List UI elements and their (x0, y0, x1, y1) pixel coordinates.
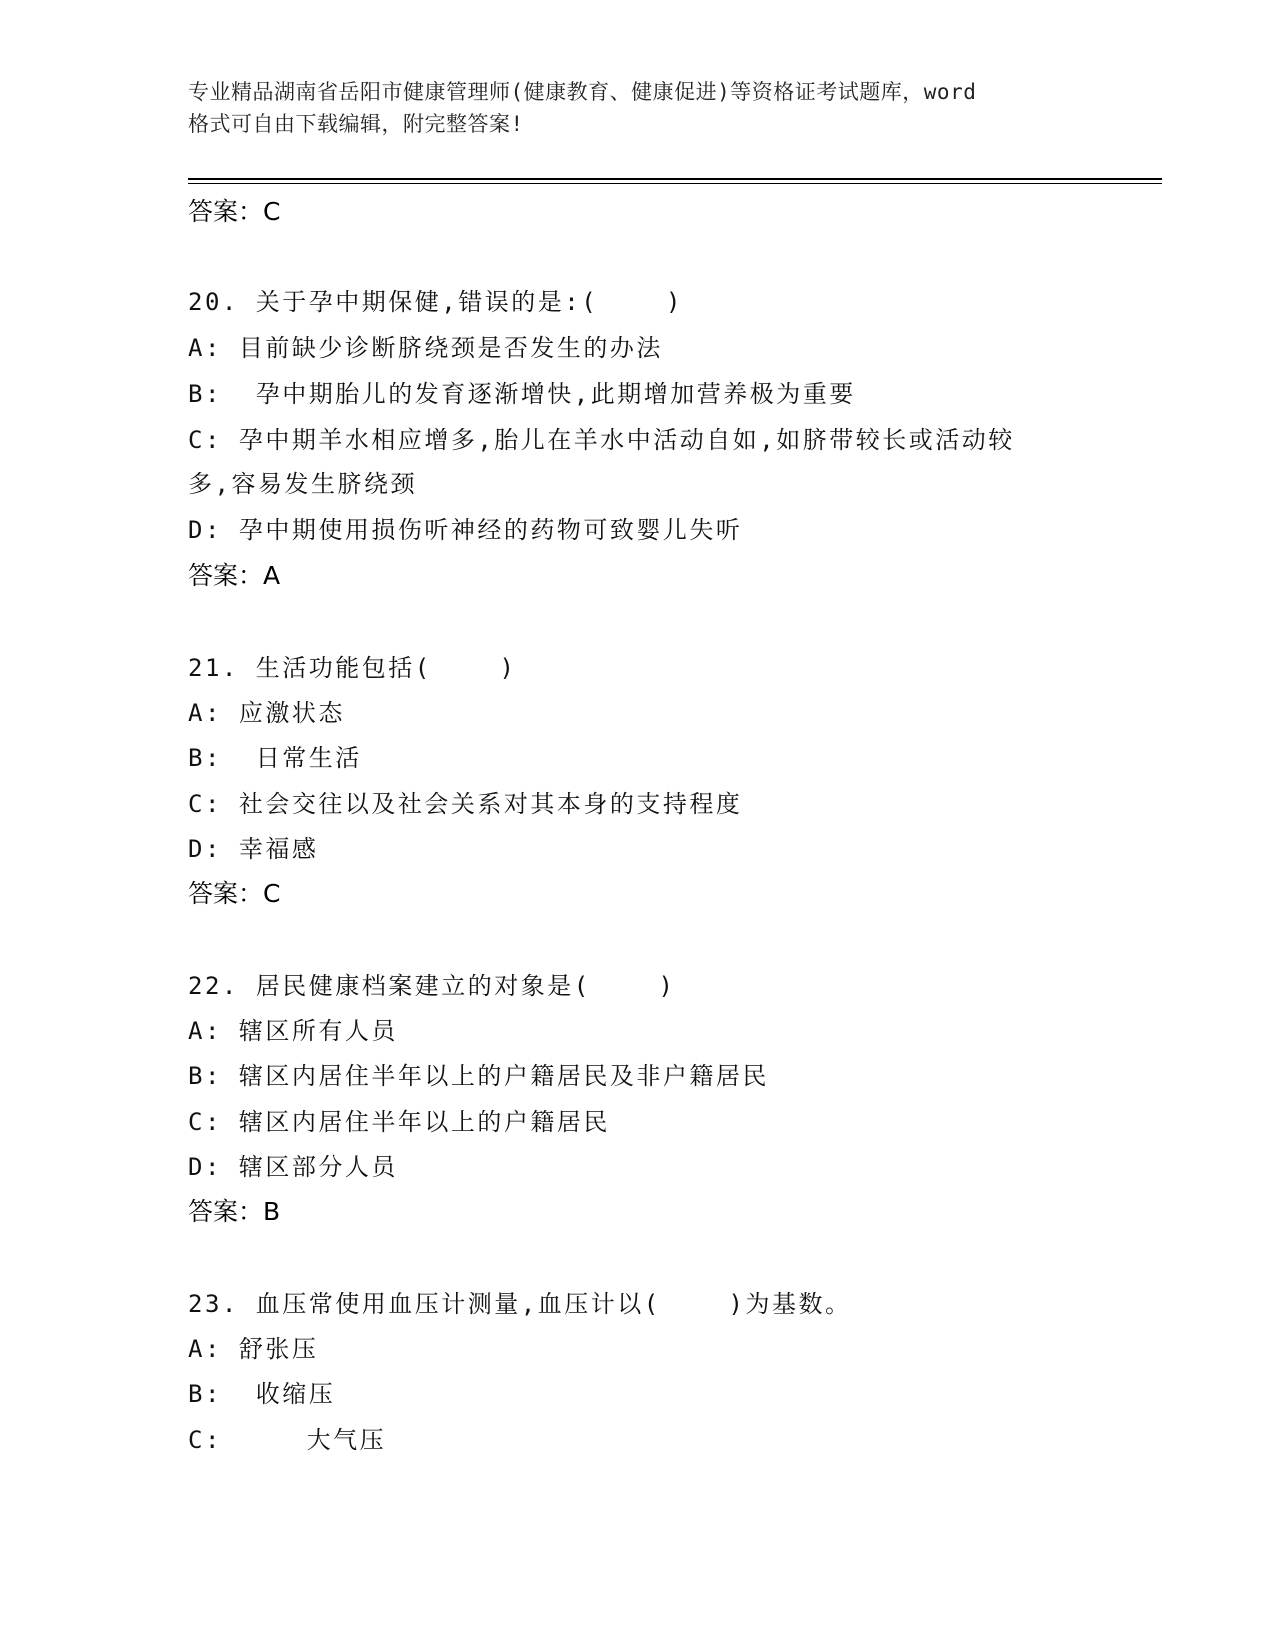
document-page: 专业精品湖南省岳阳市健康管理师(健康教育、健康促进)等资格证考试题库，word … (0, 0, 1275, 1650)
question-22-option-d: D: 辖区部分人员 (188, 1151, 398, 1183)
header-line-1: 专业精品湖南省岳阳市健康管理师(健康教育、健康促进)等资格证考试题库，word (188, 76, 1108, 108)
question-20-option-d: D: 孕中期使用损伤听神经的药物可致婴儿失听 (188, 514, 742, 546)
question-20-option-b: B: 孕中期胎儿的发育逐渐增快,此期增加营养极为重要 (188, 378, 856, 410)
question-22-stem: 22. 居民健康档案建立的对象是( ) (188, 970, 676, 1002)
document-header: 专业精品湖南省岳阳市健康管理师(健康教育、健康促进)等资格证考试题库，word … (188, 76, 1108, 140)
question-23-stem: 23. 血压常使用血压计测量,血压计以( )为基数。 (188, 1288, 851, 1320)
question-22-answer: 答案：B (188, 1196, 280, 1228)
header-divider (188, 178, 1162, 184)
header-line-2: 格式可自由下载编辑，附完整答案! (188, 108, 1108, 140)
question-21-option-d: D: 幸福感 (188, 833, 318, 865)
question-22-option-b: B: 辖区内居住半年以上的户籍居民及非户籍居民 (188, 1060, 769, 1092)
question-20-option-c-cont: 多,容易发生脐绕颈 (188, 468, 417, 500)
question-20-option-a: A: 目前缺少诊断脐绕颈是否发生的办法 (188, 332, 663, 364)
question-21-option-a: A: 应激状态 (188, 697, 345, 729)
question-20-option-c: C: 孕中期羊水相应增多,胎儿在羊水中活动自如,如脐带较长或活动较 (188, 424, 1015, 456)
question-22-option-a: A: 辖区所有人员 (188, 1015, 398, 1047)
question-21-option-b: B: 日常生活 (188, 742, 362, 774)
previous-answer: 答案：C (188, 196, 280, 228)
question-21-stem: 21. 生活功能包括( ) (188, 652, 517, 684)
question-23-option-b: B: 收缩压 (188, 1378, 335, 1410)
question-23-option-a: A: 舒张压 (188, 1333, 318, 1365)
question-21-answer: 答案：C (188, 878, 280, 910)
question-22-option-c: C: 辖区内居住半年以上的户籍居民 (188, 1106, 610, 1138)
question-20-answer: 答案：A (188, 560, 280, 592)
question-21-option-c: C: 社会交往以及社会关系对其本身的支持程度 (188, 788, 742, 820)
question-23-option-c: C: 大气压 (188, 1424, 386, 1456)
question-20-stem: 20. 关于孕中期保健,错误的是:( ) (188, 286, 683, 318)
